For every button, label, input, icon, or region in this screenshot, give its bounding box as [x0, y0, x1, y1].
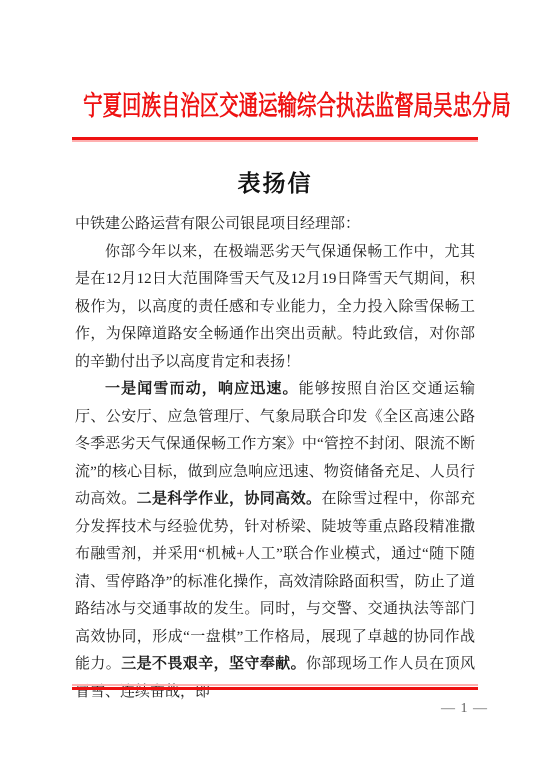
emphasis-text: 二是科学作业，协同高效。	[137, 491, 322, 507]
document-title: 表扬信	[0, 165, 550, 198]
body-paragraph: 一是闻雪而动，响应迅速。能够按照自治区交通运输厅、公安厅、应急管理厅、气象局联合…	[75, 376, 475, 706]
emphasis-text: 三是不畏艰辛，坚守奉献。	[121, 656, 306, 672]
document-page: 宁夏回族自治区交通运输综合执法监督局吴忠分局 表扬信 中铁建公路运营有限公司银昆…	[0, 0, 550, 778]
letterhead-title: 宁夏回族自治区交通运输综合执法监督局吴忠分局	[0, 90, 550, 123]
page-number: — 1 —	[441, 701, 488, 717]
letterhead-rule	[72, 137, 478, 142]
body-text: 在除雪过程中，你部充分发挥技术与经验优势，针对桥梁、陡坡等重点路段精准撒布融雪剂…	[75, 491, 475, 672]
letterhead-rule-thin	[72, 140, 478, 142]
footer-rule-thick	[72, 687, 478, 690]
body-paragraphs: 你部今年以来，在极端恶劣天气保通保畅工作中，尤其是在12月12日大范围降雪天气及…	[75, 239, 475, 707]
emphasis-text: 一是闻雪而动，响应迅速。	[105, 381, 299, 397]
footer-rule	[72, 684, 478, 690]
letter-body: 中铁建公路运营有限公司银昆项目经理部： 你部今年以来，在极端恶劣天气保通保畅工作…	[75, 211, 475, 706]
salutation: 中铁建公路运营有限公司银昆项目经理部：	[75, 211, 475, 239]
body-paragraph: 你部今年以来，在极端恶劣天气保通保畅工作中，尤其是在12月12日大范围降雪天气及…	[75, 239, 475, 377]
body-text: 你部今年以来，在极端恶劣天气保通保畅工作中，尤其是在12月12日大范围降雪天气及…	[75, 244, 475, 370]
footer-rule-thin	[72, 684, 478, 686]
body-text: 能够按照自治区交通运输厅、公安厅、应急管理厅、气象局联合印发《全区高速公路冬季恶…	[75, 381, 475, 507]
letterhead-title-text: 宁夏回族自治区交通运输综合执法监督局吴忠分局	[83, 90, 511, 123]
